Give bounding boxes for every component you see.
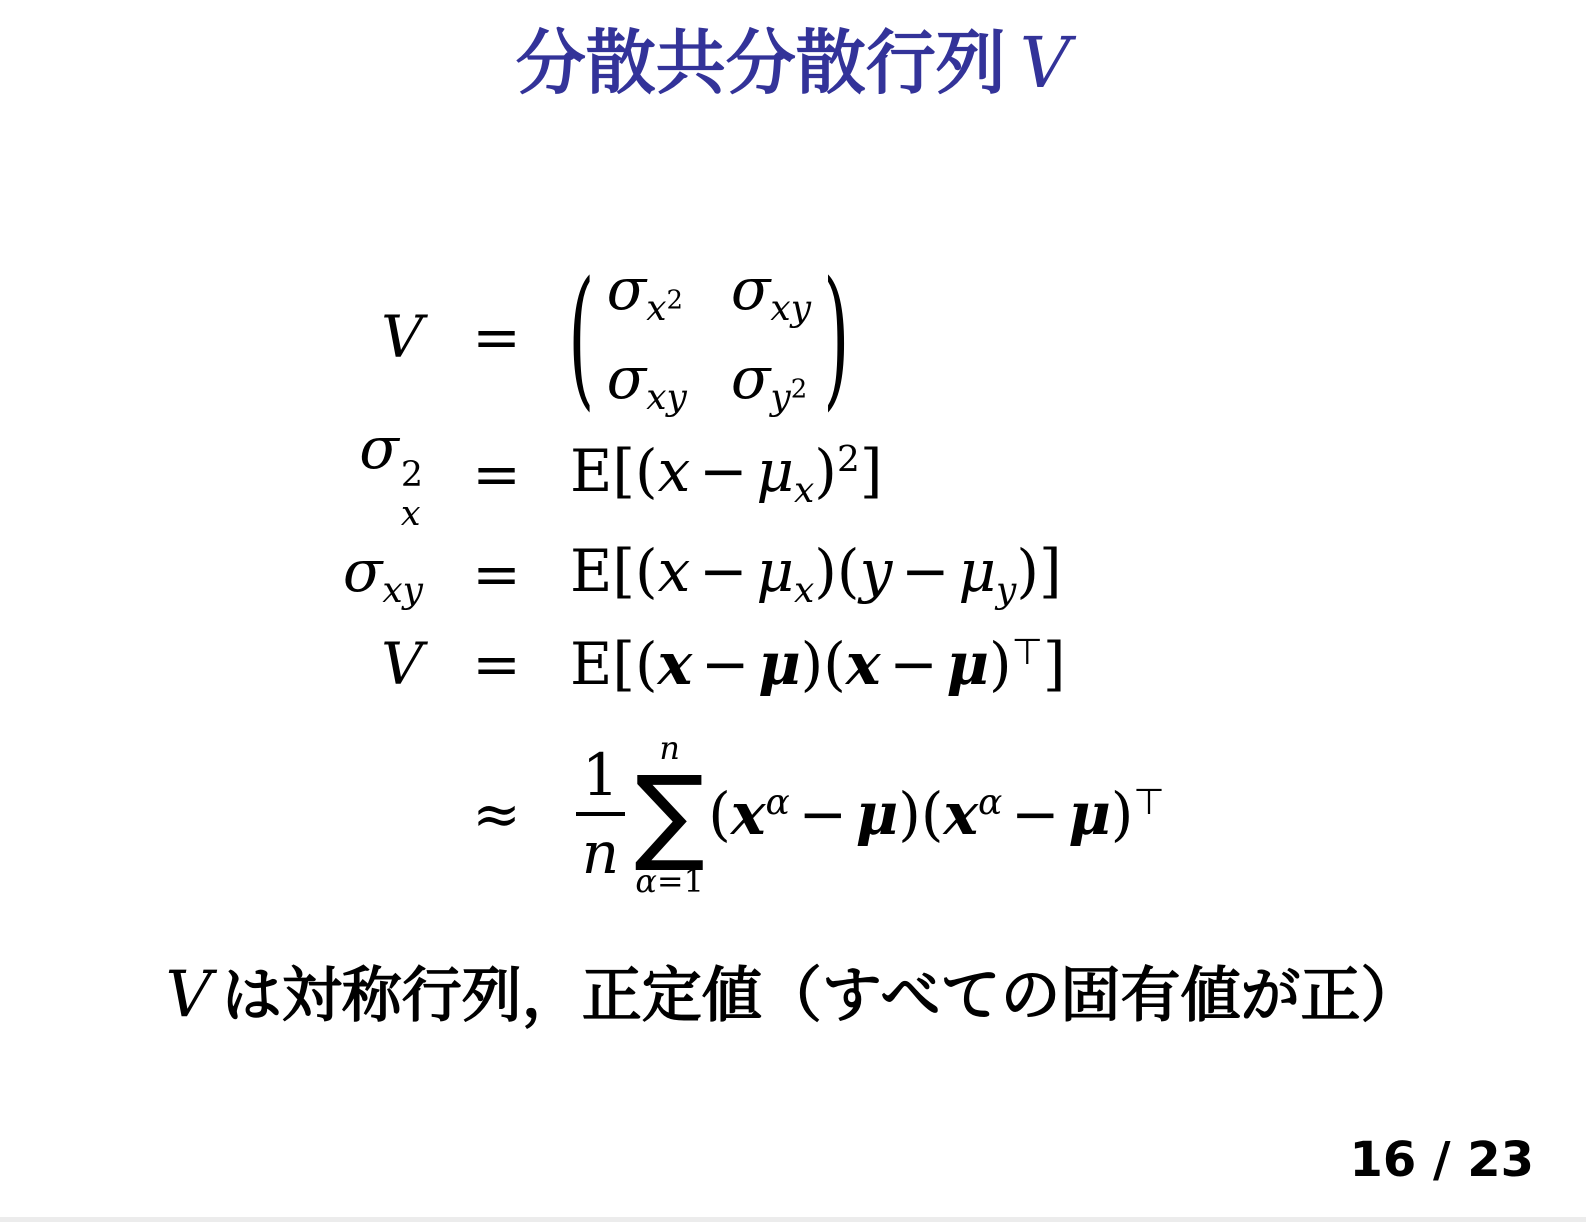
minus-sign: − [692, 630, 758, 698]
bottom-rule [0, 1217, 1586, 1222]
equations-block: V = ( σx2 σxy σxy σy2 ) σ2x = E[(x−μx)2]… [228, 252, 1165, 922]
eq4-equals: = [472, 631, 521, 698]
alpha-sup: α [978, 782, 1002, 823]
eq1-lhs-v: V [381, 304, 423, 371]
minus-sign: − [690, 437, 756, 505]
eq5-rhs: 1 n n ∑ α=1 (xα−μ)(xα−μ)⊤ [570, 730, 1165, 899]
eq4-rhs: E[(x−μ)(x−μ)⊤] [570, 631, 1066, 698]
eq2-equals: = [472, 441, 521, 508]
page-number: 16 / 23 [1349, 1132, 1534, 1188]
title-math-v: V [1020, 22, 1071, 104]
eq3-equals: = [472, 541, 521, 608]
matrix-cell-r1c1: σx2 [607, 256, 687, 329]
summation: n ∑ α=1 [634, 730, 704, 899]
eq5-sum-body: (xα−μ)(xα−μ)⊤ [708, 781, 1165, 848]
matrix-cell-r2c1: σxy [607, 345, 687, 418]
slide-title: 分散共分散行列V [0, 18, 1586, 109]
slide: 分散共分散行列V V = ( σx2 σxy σxy σy2 ) σ2x = E… [0, 0, 1586, 1222]
matrix-cell-r1c2: σxy [731, 256, 811, 329]
square-sup: 2 [837, 439, 860, 480]
note-text: は対称行列，正定値（すべての固有値が正） [222, 962, 1421, 1029]
minus-sign: − [892, 537, 958, 605]
eq5-approx: ≈ [472, 781, 521, 848]
title-jp-text: 分散共分散行列 [516, 24, 1006, 102]
eq3-rhs: E[(x−μx)(y−μy)] [570, 538, 1062, 611]
minus-sign: − [881, 630, 947, 698]
sigma-sum-icon: ∑ [634, 766, 704, 862]
expectation-E: E [570, 630, 612, 698]
minus-sign: − [790, 780, 856, 848]
expectation-E: E [570, 437, 612, 505]
minus-sign: − [1002, 780, 1068, 848]
eq3-lhs-sigma-xy: σxy [343, 538, 423, 611]
eq1-covariance-matrix: ( σx2 σxy σxy σy2 ) [570, 256, 848, 418]
eq2-rhs: E[(x−μx)2] [570, 438, 882, 511]
matrix-right-paren: ) [823, 262, 849, 413]
minus-sign: − [690, 537, 756, 605]
note-line: Vは対称行列，正定値（すべての固有値が正） [0, 948, 1586, 1034]
transpose-sup: ⊤ [1012, 632, 1043, 673]
fraction-one-over-n: 1 n [576, 746, 625, 882]
alpha-sup: α [765, 782, 789, 823]
sum-lower-limit: α=1 [635, 863, 704, 900]
transpose-sup: ⊤ [1133, 782, 1164, 823]
matrix-left-paren: ( [568, 262, 594, 413]
note-math-v: V [165, 958, 211, 1032]
matrix-cell-r2c2: σy2 [731, 345, 811, 418]
fraction-bar [576, 812, 625, 816]
eq2-lhs-sigma-x2: σ2x [359, 415, 423, 534]
expectation-E: E [570, 537, 612, 605]
eq4-lhs-v: V [381, 631, 423, 698]
eq1-equals: = [472, 304, 521, 371]
matrix-grid: σx2 σxy σxy σy2 [593, 256, 825, 418]
